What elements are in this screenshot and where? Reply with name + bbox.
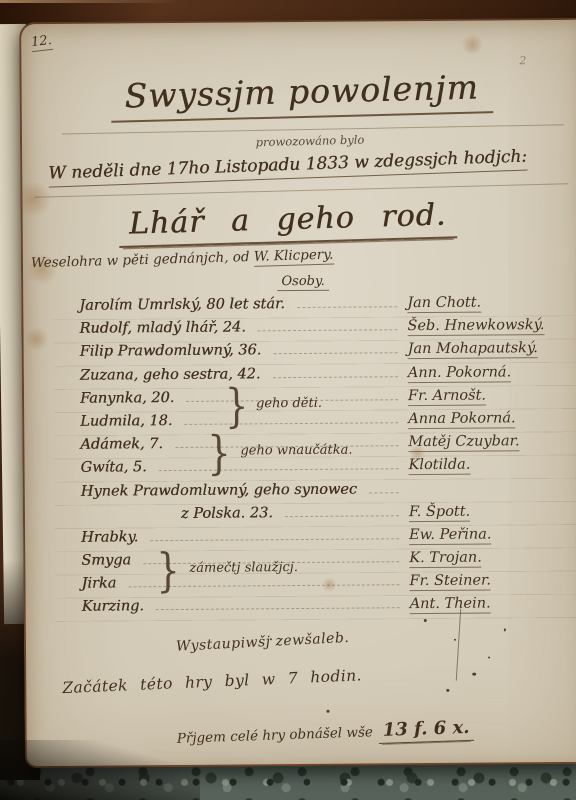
ink-speck: [488, 657, 490, 659]
ink-scratch: [456, 609, 461, 681]
actor-name-text: Klotilda.: [409, 457, 471, 475]
subtitle: prowozowáno bylo: [200, 131, 420, 151]
brace-label-grandchildren: geho wnaučátka.: [240, 443, 352, 459]
author-name: W. Klicpery.: [254, 247, 334, 267]
play-title: Lhář a geho rod.: [82, 196, 493, 243]
ink-speck: [326, 710, 329, 713]
genre-line: Weselohra w pěti gednánjch, od W. Klicpe…: [31, 247, 334, 272]
leader-line: [285, 515, 399, 517]
brace-label-children: geho děti.: [256, 396, 322, 412]
section-heading: Osoby.: [223, 273, 383, 289]
actor-name: [409, 491, 576, 492]
ink-speck: [454, 639, 456, 641]
genre-text: Weselohra w pěti gednánjch, od: [31, 249, 254, 271]
section-heading-text: Osoby.: [277, 274, 328, 291]
leader-line: [297, 306, 397, 308]
actor-name-text: Jan Chott.: [407, 295, 481, 314]
actor-name: F. Špott.: [409, 503, 576, 520]
role-text: Jirka: [55, 576, 116, 592]
actor-name-text: Ew. Peřina.: [409, 526, 491, 545]
actor-name-text: Fr. Arnošt.: [408, 387, 486, 406]
date-line-text: W neděli dne 17ho Listopadu 1833 w zdegs…: [48, 147, 527, 188]
revenue-amount: 13 f. 6 x.: [378, 717, 474, 744]
actor-name: K. Trojan.: [409, 549, 576, 566]
role-text: Hrabky.: [55, 529, 138, 546]
actor-name: Matěj Czuybar.: [408, 433, 576, 450]
brace-servants: }: [156, 543, 180, 597]
leader-line: [150, 538, 399, 541]
actor-name: Anna Pokorná.: [408, 410, 576, 427]
cast-row: Kurzing.Ant. Thein.: [56, 595, 576, 622]
actor-name-text: Jan Mohapautský.: [408, 341, 538, 360]
role-text: Adámek, 7.: [54, 436, 163, 453]
actor-name: Jan Mohapautský.: [408, 340, 576, 357]
actor-name: Fr. Arnošt.: [408, 387, 576, 404]
page-title-text: Swyssjm powolenjm: [110, 67, 493, 123]
actor-name-text: K. Trojan.: [409, 550, 482, 569]
photo-of-manuscript: 12. 2 Swyssjm powolenjm prowozowáno bylo…: [0, 0, 576, 800]
brace-children: }: [225, 378, 249, 432]
ink-speck: [424, 619, 427, 622]
role-text: Rudolf, mladý lhář, 24.: [53, 320, 245, 338]
leader-line: [369, 492, 399, 493]
actor-name: Jan Chott.: [407, 294, 575, 311]
page-number: 12.: [30, 33, 52, 52]
page-title: Swyssjm powolenjm: [81, 66, 522, 116]
role-text: Fanynka, 20.: [54, 390, 174, 407]
role-text: Ludmila, 18.: [54, 413, 172, 430]
ink-speck: [270, 638, 272, 640]
actor-name-text: Fr. Steiner.: [409, 573, 491, 592]
actor-name: Ant. Thein.: [410, 595, 576, 612]
role-text: Kurzing.: [56, 599, 144, 616]
role-text: z Polska. 23.: [55, 505, 273, 523]
role-text: Filip Prawdomluwný, 36.: [54, 343, 262, 361]
revenue-prefix: Přjgem celé hry obnášel wše: [177, 724, 374, 747]
handwritten-ink-layer: 12. 2 Swyssjm powolenjm prowozowáno bylo…: [21, 20, 576, 766]
corner-mark: 2: [519, 54, 526, 67]
role-text: Jarolím Umrlský, 80 let stár.: [53, 296, 285, 314]
actor-name: Fr. Steiner.: [409, 572, 576, 589]
leader-line: [156, 608, 400, 611]
ink-speck: [472, 673, 476, 676]
actor-name-text: Ann. Pokorná.: [408, 364, 511, 383]
bottom-left-shadow: [0, 740, 200, 800]
revenue-line: Přjgem celé hry obnášel wše13 f. 6 x.: [176, 717, 473, 748]
actor-name: Ew. Peřina.: [409, 526, 576, 543]
play-title-text: Lhář a geho rod.: [118, 197, 456, 248]
actor-name-text: Ant. Thein.: [410, 596, 491, 615]
leader-line: [258, 329, 398, 331]
actor-name: Šeb. Hnewkowský.: [407, 317, 575, 334]
brace-label-servants: zámečtj slaužjcj.: [189, 560, 298, 576]
ink-speck: [446, 689, 449, 692]
brace-grandchildren: }: [207, 426, 231, 480]
role-text: Smyga: [55, 552, 131, 569]
leader-line: [159, 469, 399, 472]
role-text: Hynek Prawdomluwný, geho synowec: [55, 481, 357, 499]
cast-list: } geho děti. } geho wnaučátka. } zámečtj…: [53, 294, 576, 623]
actor-name: Ann. Pokorná.: [408, 363, 576, 380]
wood-highlight: [0, 0, 180, 3]
role-text: Gwíta, 5.: [55, 460, 147, 477]
actor-name-text: Šeb. Hnewkowský.: [407, 317, 544, 336]
start-time-note: Začátek této hry byl w 7 hodin.: [62, 666, 362, 697]
leader-line: [273, 353, 397, 355]
leader-line: [272, 376, 397, 378]
leader-line: [184, 422, 398, 425]
date-line: W neděli dne 17ho Listopadu 1833 w zdegs…: [48, 147, 527, 184]
ink-speck: [504, 628, 506, 631]
manuscript-page: 12. 2 Swyssjm powolenjm prowozowáno bylo…: [19, 18, 576, 768]
actor-name: Klotilda.: [409, 456, 576, 473]
actor-name-text: Anna Pokorná.: [408, 410, 515, 429]
actor-name-text: F. Špott.: [409, 503, 470, 521]
actor-name-text: Matěj Czuybar.: [408, 433, 519, 452]
ensemble-note: Wystaupiwšj zewšaleb.: [176, 630, 350, 655]
